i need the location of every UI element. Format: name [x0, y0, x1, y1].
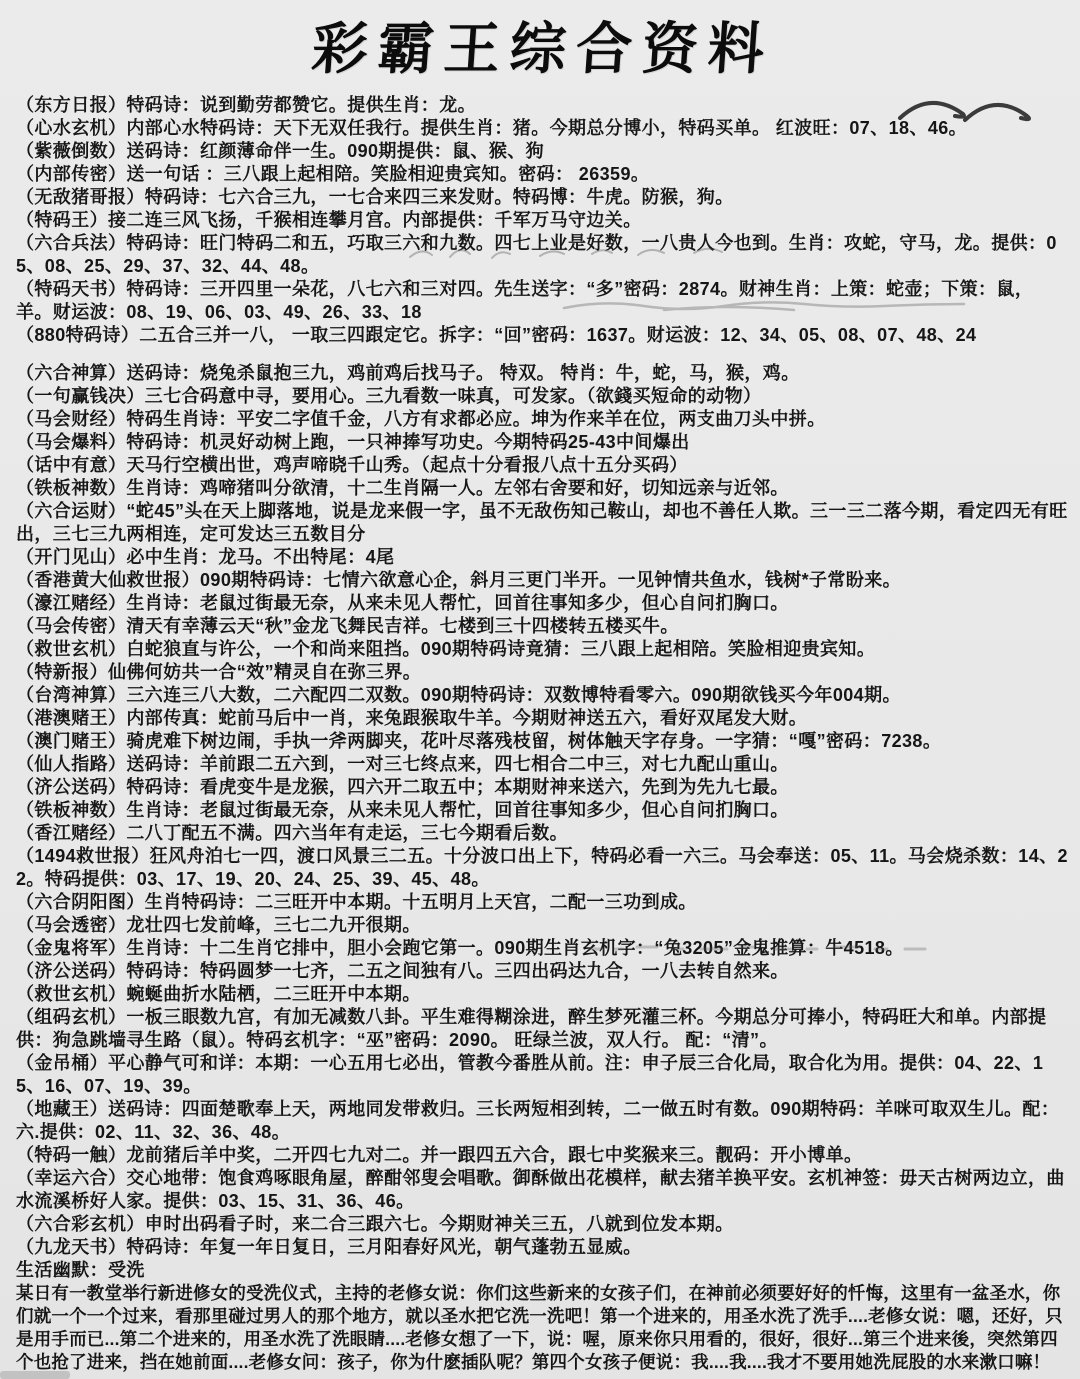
info-line: （金鬼将军）生肖诗：十二生肖它排中，胆小会跑它第一。090期生肖玄机字：“兔32… — [16, 937, 1070, 960]
info-line: （济公送码）特码诗：特码圆梦一七齐，二五之间独有八。三四出码达九合，一八去转自然… — [16, 960, 1070, 983]
info-line: （香港黄大仙救世报）090期特码诗：七情六欲意心企，斜月三更门半开。一见钟情共鱼… — [16, 569, 1070, 592]
info-line: （台湾神算）三六连三八大数，二六配四二双数。090期特码诗：双数博特看零六。09… — [16, 684, 1070, 707]
info-line: （马会透密）龙壮四七发前峰，三七二九开很期。 — [16, 914, 1070, 937]
page-title: 彩霸王综合资料 — [13, 12, 1072, 86]
scan-edge-smudge — [0, 1371, 70, 1379]
info-line: （马会爆料）特码诗：机灵好动树上跑，一只神捧写功史。今期特码25-43中间爆出 — [16, 431, 1070, 454]
info-line: （特码王）接二连三风飞扬，千猴相连攀月宫。内部提供：千军万马守边关。 — [16, 209, 1070, 232]
info-line: （特码天书）特码诗：三开四里一朵花，八七六和三对四。先生送字：“多”密码：287… — [16, 278, 1070, 324]
info-line: （心水玄机）内部心水特码诗：天下无双任我行。提供生肖：猪。今期总分博小，特码买单… — [16, 117, 1070, 140]
info-line: （组码玄机）一板三眼数九宫，有加无减数八卦。平生难得糊涂进，醉生梦死灌三杯。今期… — [16, 1006, 1070, 1052]
info-line: （九龙天书）特码诗：年复一年日复日，三月阳春好风光，朝气蓬勃五显威。 — [16, 1236, 1070, 1259]
info-line: （幸运六合）交心地带：饱食鸡啄眼角屋，醉酣邻叟会唱歌。御酥做出花模样，献去猪羊换… — [16, 1167, 1070, 1213]
info-line: （内部传密）送一句话 ：三八跟上起相陪。笑脸相迎贵宾知。密码： 26359。 — [16, 163, 1070, 186]
info-line: （港澳赌王）内部传真：蛇前马后中一肖，来兔跟猴取牛羊。今期财神送五六，看好双尾发… — [16, 707, 1070, 730]
info-line: （六合兵法）特码诗：旺门特码二和五，巧取三六和九数。四七上业是好数，一八贵人今也… — [16, 232, 1070, 278]
info-line: （救世玄机）蜿蜒曲折水陆栖，二三旺开中本期。 — [16, 983, 1070, 1006]
info-line: （紫薇倒数）送码诗：红颜薄命伴一生。090期提供：鼠、猴、狗 — [16, 140, 1070, 163]
info-line: （六合阴阳图）生肖特码诗：二三旺开中本期。十五明月上天宫，二配一三功到成。 — [16, 891, 1070, 914]
info-line: （马会财经）特码生肖诗：平安二字值千金，八方有求都必应。坤为作来羊在位，两支曲刀… — [16, 408, 1070, 431]
info-line: （香江赌经）二八丁配五不满。四六当年有走运，三七今期看后数。 — [16, 822, 1070, 845]
info-line: （一句赢钱决）三七合码意中寻，要用心。三九看数一味真，可发家。（欲錢买短命的动物… — [16, 385, 1070, 408]
info-line: （铁板神数）生肖诗：鸡啼猪叫分欲清，十二生肖隔一人。左邻右舍要和好，切知远亲与近… — [16, 477, 1070, 500]
info-line: （马会传密）清天有幸薄云天“秋”金龙飞舞民吉祥。七楼到三十四楼转五楼买牛。 — [16, 615, 1070, 638]
info-line: （仙人指路）送码诗：羊前跟二五六到，一对三七终点来，四七相合二中三，对七九配山重… — [16, 753, 1070, 776]
info-line: （地藏王）送码诗：四面楚歌奉上天，两地同发带救归。三长两短相刭转，二一做五时有数… — [16, 1098, 1070, 1144]
info-line: （880特码诗）二五合三并一八， 一取三四跟定它。拆字：“回”密码：1637。财… — [16, 324, 1070, 347]
info-line: （救世玄机）白蛇狼直与许公，一个和尚来阻挡。090期特码诗竟猜：三八跟上起相陪。… — [16, 638, 1070, 661]
info-line: （话中有意）天马行空横出世，鸡声啼晓千山秀。（起点十分看报八点十五分买码） — [16, 454, 1070, 477]
info-line: （濠江赌经）生肖诗：老鼠过街最无奈，从来未见人帮忙，回首往事知多少，但心自问扪胸… — [16, 592, 1070, 615]
humor-section-heading: 生活幽默：受洗 — [16, 1259, 1070, 1282]
info-line: （金吊桶）平心静气可和详：本期：一心五用七必出，管教今番胜从前。注：申子辰三合化… — [16, 1052, 1070, 1098]
info-line: （东方日报）特码诗：说到勤劳都赞它。提供生肖：龙。 — [16, 94, 1070, 117]
info-line: （1494救世报）狂风舟泊七一四，渡口风景三二五。十分波口出上下，特码必看一六三… — [16, 845, 1070, 891]
info-line: （特码一触）龙前猪后羊中奖，二开四七九对二。并一跟四五六合，跟七中奖猴来三。靓码… — [16, 1144, 1070, 1167]
info-line: （澳门赌王）骑虎难下树边闹，手执一斧两脚夹，花叶尽落残枝留，树体触天字存身。一字… — [16, 730, 1070, 753]
scanned-lottery-sheet: 彩霸王综合资料 （东方日报）特码诗：说到勤劳都赞它。提供生肖：龙。（心水玄机）内… — [0, 0, 1080, 1379]
info-line: （特新报）仙佛何妨共一合“效”精灵自在弥三界。 — [16, 661, 1070, 684]
info-line: （铁板神数）生肖诗：老鼠过街最无奈，从来未见人帮忙，回首往事知多少，但心自问扪胸… — [16, 799, 1070, 822]
info-line: （济公送码）特码诗：看虎变牛是龙猴，四六开二取五中；本期财神来送六，先到为先九七… — [16, 776, 1070, 799]
info-line: （开门见山）必中生肖：龙马。不出特尾：4尾 — [16, 546, 1070, 569]
info-line: （六合神算）送码诗：烧兔杀鼠抱三九，鸡前鸡后找马子。 特双。 特肖：牛，蛇，马，… — [16, 362, 1070, 385]
info-line: （无敌猪哥报）特码诗：七六合三九，一七合来四三来发财。特码博：牛虎。防猴，狗。 — [16, 186, 1070, 209]
info-line: （六合运财）“蛇45”头在天上脚落地，说是龙来假一字，虽不无敌伤知己鞍山，却也不… — [16, 500, 1070, 546]
info-line-list: （东方日报）特码诗：说到勤劳都赞它。提供生肖：龙。（心水玄机）内部心水特码诗：天… — [16, 94, 1070, 1259]
info-line: （六合彩玄机）申时出码看子时，来二合三跟六七。今期财神关三五，八就到位发本期。 — [16, 1213, 1070, 1236]
humor-joke-text: 某日有一教堂举行新进修女的受洗仪式，主持的老修女说：你们这些新来的女孩子们，在神… — [16, 1282, 1070, 1374]
